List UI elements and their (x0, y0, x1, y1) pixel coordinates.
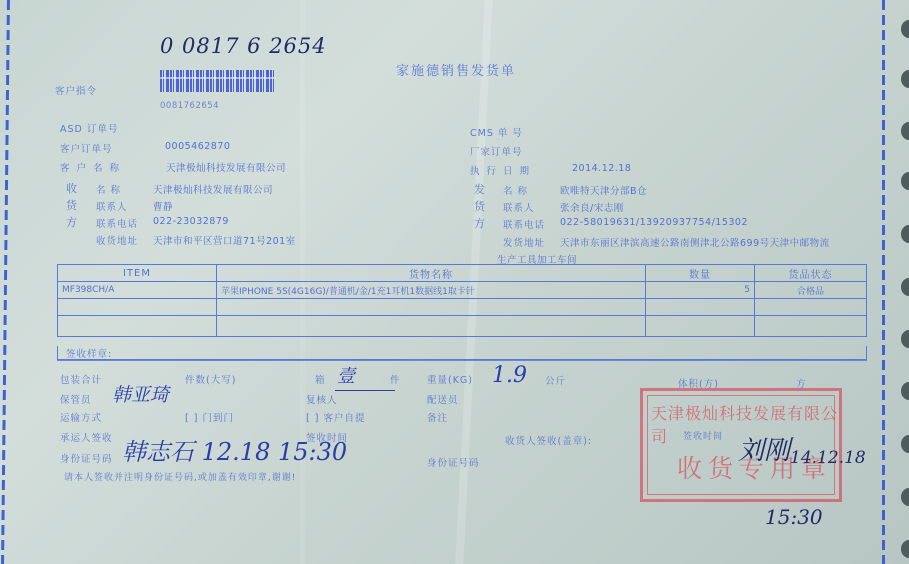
sender-address-label: 发货地址 (503, 235, 545, 249)
item-status: 合格品 (755, 282, 867, 299)
receiver-id-label: 身份证号码 (427, 455, 480, 469)
item-qty: 5 (646, 282, 755, 299)
weight-label: 重量(KG) (427, 372, 473, 386)
checker-label: 复核人 (306, 392, 338, 406)
tractor-hole (901, 225, 909, 243)
divider (57, 360, 867, 361)
receiver-side-char: 方 (66, 214, 78, 230)
item-qty (646, 316, 755, 337)
customer-ref-label: 客户指令 (55, 83, 97, 97)
tractor-hole (901, 172, 909, 190)
box-value: 壹 (337, 362, 355, 388)
item-status (755, 316, 867, 337)
stamp-date: 14.12.18 (790, 448, 866, 468)
table-row (58, 316, 867, 337)
tractor-hole (901, 540, 909, 558)
tractor-hole (901, 278, 909, 296)
tractor-hole (901, 20, 909, 38)
tractor-hole (901, 122, 909, 140)
remarks-row: 签收样章: (57, 346, 867, 360)
document-title: 家施德销售发货单 (396, 60, 516, 79)
item-code (58, 299, 217, 316)
receiver-phone-label: 联系电话 (96, 216, 138, 230)
tractor-hole (901, 488, 909, 506)
barcode-number: 0081762654 (160, 101, 219, 111)
delivery-note-paper: 0 0817 6 2654 0081762654 家施德销售发货单 客户指令 A… (0, 0, 909, 564)
weight-unit: 公斤 (545, 373, 566, 387)
item-name: 苹果IPHONE 5S(4G16G)/普通机/金/1充1耳机1数据线1取卡针 (217, 282, 646, 299)
item-code (58, 316, 217, 337)
storekeeper-signature: 韩亚琦 (112, 380, 169, 407)
tractor-hole (901, 435, 909, 453)
cms-label: CMS 单 号 (470, 125, 523, 139)
box-label: 箱 (315, 372, 326, 386)
item-code: MF398CH/A (58, 282, 217, 299)
sender-name-value: 欧唯特天津分部B仓 (560, 183, 647, 197)
factory-order-label: 厂家订单号 (470, 144, 523, 158)
tractor-hole (901, 382, 909, 400)
exec-date-label: 执 行 日 期 (470, 163, 531, 177)
item-status (755, 299, 867, 316)
carrier-signature: 韩志石 12.18 15:30 (122, 432, 347, 467)
sender-phone-value: 022-58019631/13920937754/15302 (560, 217, 748, 228)
transport-label: 运输方式 (60, 410, 102, 424)
sender-name-label: 名 称 (503, 183, 528, 197)
checker-underline (335, 390, 395, 391)
item-qty (646, 299, 755, 316)
delivery-label: 配送员 (427, 392, 459, 406)
sender-side-char: 方 (474, 215, 486, 231)
receiver-address-label: 收货地址 (96, 233, 138, 247)
customer-name-value: 天津极灿科技发展有限公司 (166, 160, 286, 174)
receiver-name-label: 名 称 (96, 182, 121, 196)
exec-date-value: 2014.12.18 (572, 163, 631, 174)
weight-value: 1.9 (492, 363, 527, 388)
customer-order-label: 客户订单号 (60, 141, 113, 155)
id-label: 身份证号码 (60, 451, 113, 465)
table-row (58, 299, 867, 316)
receiver-contact-value: 曹静 (153, 199, 173, 213)
column-header-status: 货品状态 (755, 265, 867, 282)
note-label: 备注 (427, 410, 448, 424)
sender-contact-label: 联系人 (503, 200, 535, 214)
receiver-name-value: 天津极灿科技发展有限公司 (153, 182, 273, 196)
perforation-right (882, 0, 885, 564)
stamp-time: 15:30 (765, 505, 823, 529)
remarks-label: 签收样章: (66, 346, 112, 360)
sender-phone-label: 联系电话 (503, 217, 545, 231)
sender-address-value: 天津市东丽区津滨高速公路南侧津北公路699号天津中邮物流 (560, 235, 830, 249)
sender-side-char: 货 (474, 198, 486, 214)
column-header-qty: 数量 (646, 265, 755, 282)
receiver-side-char: 货 (66, 197, 78, 213)
barcode (160, 70, 276, 92)
piece-unit: 件 (390, 372, 401, 386)
customer-name-label: 客 户 名 称 (60, 160, 121, 174)
items-table: ITEM 货物名称 数量 货品状态 MF398CH/A 苹果IPHONE 5S(… (57, 264, 867, 337)
sender-side-char: 发 (474, 181, 486, 197)
pieces-label: 件数(大写) (185, 372, 236, 386)
carrier-sign-label: 承运人签收 (60, 430, 113, 444)
receiver-contact-label: 联系人 (96, 199, 128, 213)
customer-order-value: 0005462870 (165, 141, 230, 152)
package-total-label: 包装合计 (60, 372, 102, 386)
handwritten-order-number: 0 0817 6 2654 (160, 34, 327, 58)
tractor-hole (901, 330, 909, 348)
receiver-side-char: 收 (66, 180, 78, 196)
tractor-hole (901, 70, 909, 88)
stamp-signature: 刘刚 (738, 430, 790, 467)
column-header-name: 货物名称 (217, 265, 646, 282)
self-pickup-checkbox[interactable]: [ ] 客户自提 (306, 410, 365, 424)
item-name (217, 299, 646, 316)
asd-order-label: ASD 订单号 (60, 121, 118, 135)
receiver-phone-value: 022-23032879 (153, 216, 229, 227)
receiver-address-value: 天津市和平区营口道71号201室 (153, 233, 296, 247)
storekeeper-label: 保管员 (60, 392, 92, 406)
column-header-item: ITEM (58, 265, 217, 282)
perforation-left (1, 0, 10, 564)
door-to-door-checkbox[interactable]: [ ] 门到门 (185, 410, 234, 424)
table-row: MF398CH/A 苹果IPHONE 5S(4G16G)/普通机/金/1充1耳机… (58, 282, 867, 299)
instruction-text: 请本人签收并注明身份证号码,或加盖有效印章,谢谢! (64, 470, 296, 483)
receiver-sign-label: 收货人签收(盖章): (505, 433, 592, 447)
sender-contact-value: 张余良/宋志刚 (560, 200, 624, 214)
table-header-row: ITEM 货物名称 数量 货品状态 (58, 265, 867, 282)
item-name (217, 316, 646, 337)
stamp-sign-time-label: 签收时间 (683, 429, 723, 442)
